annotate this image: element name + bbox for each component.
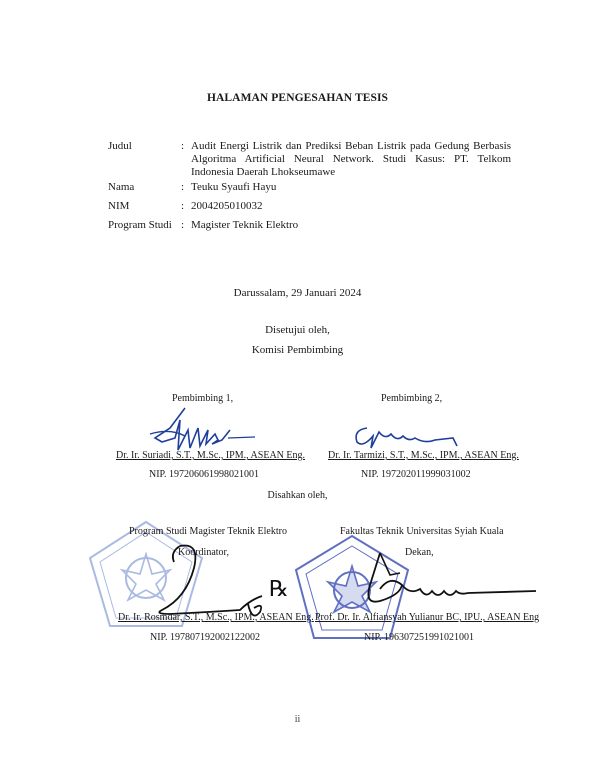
approved-by-label: Disetujui oleh, <box>0 324 595 336</box>
field-colon: : <box>181 200 184 212</box>
signature-4-icon <box>340 545 540 615</box>
field-value-nim: 2004205010032 <box>191 200 511 213</box>
page-number: ii <box>0 714 595 725</box>
supervisor-2-role: Pembimbing 2, <box>381 393 442 404</box>
official-2-institution: Fakultas Teknik Universitas Syiah Kuala <box>340 526 504 537</box>
official-1-nip: NIP. 197807192002122002 <box>150 632 260 643</box>
official-1-name: Dr. Ir. Rosmdar, S.T., M.Sc., IPM., ASEA… <box>118 612 314 623</box>
committee-label: Komisi Pembimbing <box>0 344 595 356</box>
field-label-nim: NIM <box>108 200 129 212</box>
official-2-name: Prof. Dr. Ir. Alfiansyah Yulianur BC, IP… <box>315 612 539 623</box>
paraf-mark-icon: ℞ <box>269 576 289 602</box>
official-1-institution: Program Studi Magister Teknik Elektro <box>129 526 287 537</box>
field-colon: : <box>181 181 184 193</box>
supervisor-1-name: Dr. Ir. Suriadi, S.T., M.Sc., IPM., ASEA… <box>116 450 305 461</box>
supervisor-1-nip: NIP. 197206061998021001 <box>149 469 259 480</box>
field-value-program-studi: Magister Teknik Elektro <box>191 219 511 232</box>
supervisor-2-name: Dr. Ir. Tarmizi, S.T., M.Sc., IPM., ASEA… <box>328 450 519 461</box>
field-colon: : <box>181 219 184 231</box>
field-value-judul: Audit Energi Listrik dan Prediksi Beban … <box>191 140 511 179</box>
official-2-nip: NIP. 196307251991021001 <box>364 632 474 643</box>
page-title: HALAMAN PENGESAHAN TESIS <box>0 92 595 104</box>
field-value-nama: Teuku Syaufi Hayu <box>191 181 511 194</box>
field-label-nama: Nama <box>108 181 134 193</box>
ratified-by-label: Disahkan oleh, <box>0 490 595 501</box>
place-date: Darussalam, 29 Januari 2024 <box>0 287 595 299</box>
field-label-judul: Judul <box>108 140 132 152</box>
supervisor-2-nip: NIP. 197202011999031002 <box>361 469 471 480</box>
signature-2-icon <box>345 418 465 454</box>
field-colon: : <box>181 140 184 152</box>
field-label-program-studi: Program Studi <box>108 219 172 231</box>
